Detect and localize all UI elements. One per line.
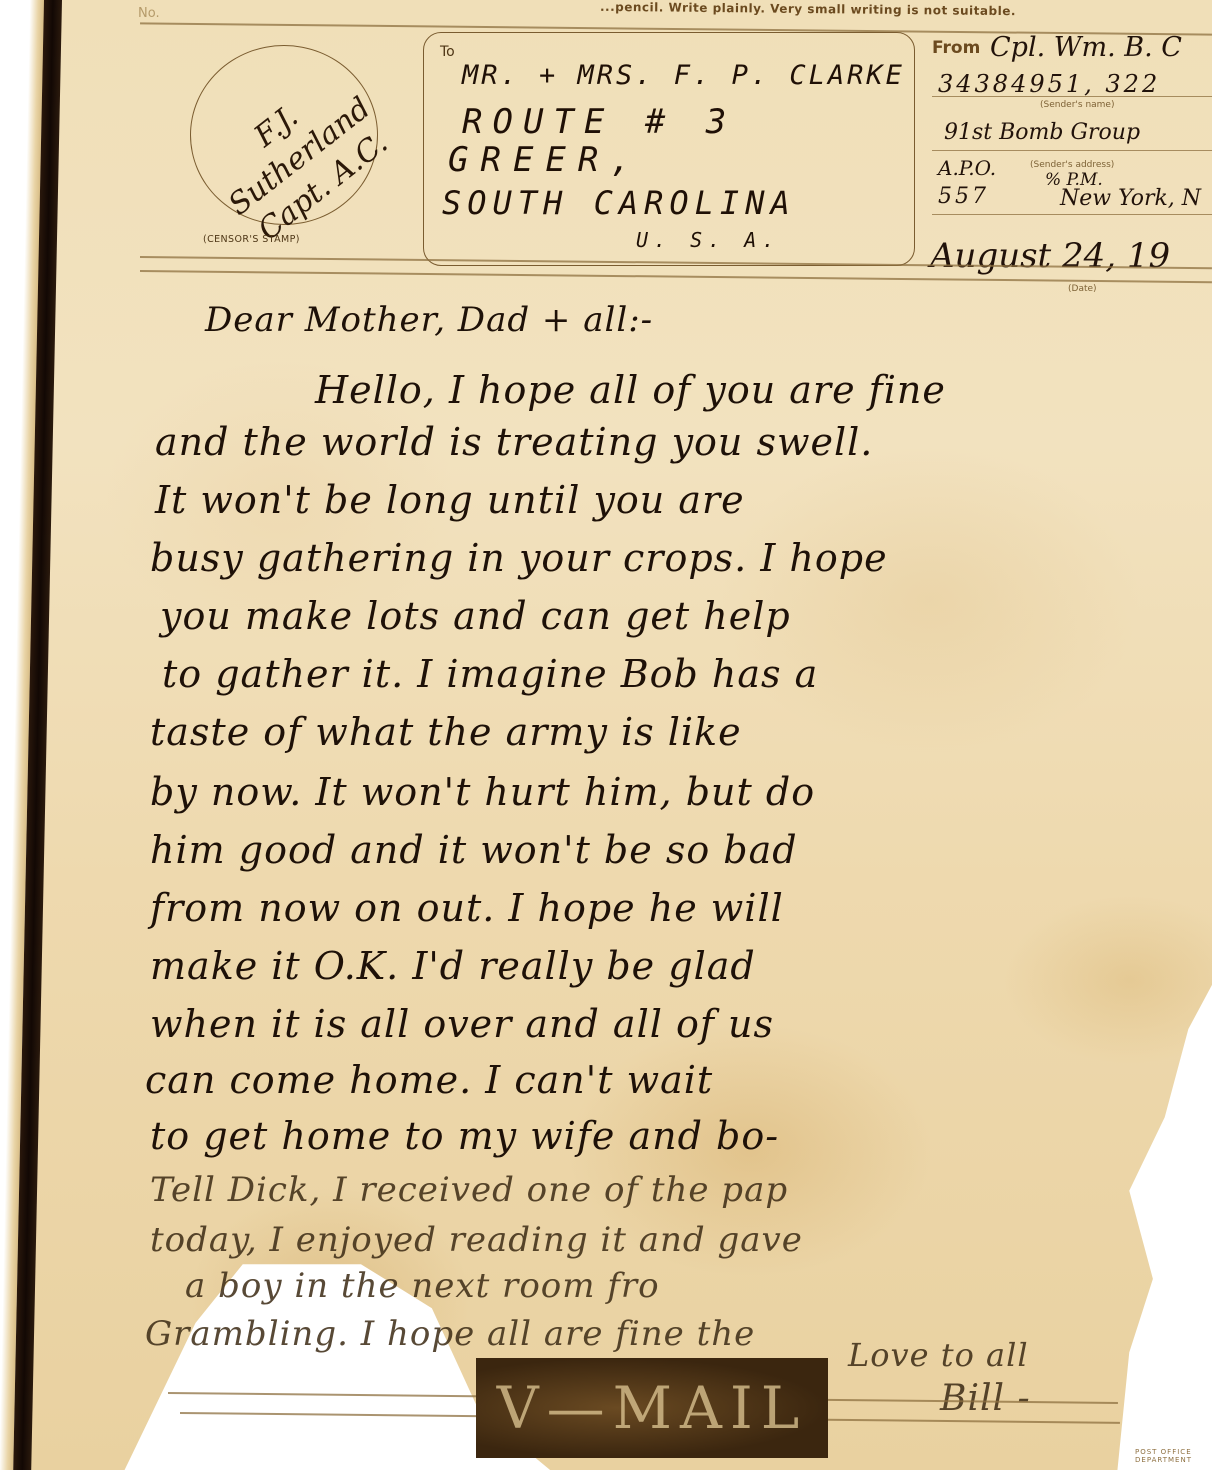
sender-name-rule bbox=[932, 96, 1212, 97]
letter-line: today, I enjoyed reading it and gave bbox=[150, 1220, 803, 1260]
letter-line: him good and it won't be so bad bbox=[150, 828, 798, 872]
recipient-country: U. S. A. bbox=[636, 228, 780, 252]
recipient-state: SOUTH CAROLINA bbox=[442, 184, 796, 222]
recipient-city: GREER, bbox=[448, 140, 643, 180]
letter-line: from now on out. I hope he will bbox=[150, 886, 784, 930]
from-label: From bbox=[932, 38, 980, 58]
sender-unit: 91st Bomb Group bbox=[944, 120, 1140, 145]
date-label: (Date) bbox=[1068, 284, 1097, 294]
recipient-name: MR. + MRS. F. P. CLARKE bbox=[462, 60, 905, 91]
sender-city-rule bbox=[932, 214, 1212, 215]
number-label: No. bbox=[138, 6, 160, 21]
letter-line: taste of what the army is like bbox=[150, 710, 742, 754]
vmail-logo-box: V—MAIL bbox=[476, 1358, 828, 1458]
letter-line: a boy in the next room fro bbox=[185, 1266, 660, 1306]
letter-date: August 24, 19 bbox=[930, 236, 1170, 276]
sender-address-rule bbox=[932, 150, 1212, 151]
letter-line: to get home to my wife and bo- bbox=[150, 1114, 779, 1158]
recipient-route: ROUTE # 3 bbox=[462, 102, 736, 142]
to-label: To bbox=[440, 44, 455, 60]
letter-line: when it is all over and all of us bbox=[150, 1002, 774, 1046]
censor-stamp-label: (CENSOR'S STAMP) bbox=[203, 234, 300, 245]
letter-line: Hello, I hope all of you are fine bbox=[315, 368, 946, 412]
letter-line: It won't be long until you are bbox=[155, 478, 745, 522]
letter-line: can come home. I can't wait bbox=[145, 1058, 713, 1102]
sender-serial: 34384951, 322 bbox=[938, 70, 1160, 98]
letter-line: make it O.K. I'd really be glad bbox=[150, 944, 756, 988]
letter-line: and the world is treating you swell. bbox=[155, 420, 873, 464]
sender-name-label: (Sender's name) bbox=[1040, 100, 1114, 110]
sender-address-label: (Sender's address) bbox=[1030, 160, 1114, 170]
sender-apo: A.P.O. bbox=[938, 156, 996, 180]
letter-line: busy gathering in your crops. I hope bbox=[150, 536, 888, 580]
letter-line: you make lots and can get help bbox=[160, 594, 791, 638]
letter-salutation: Dear Mother, Dad + all:- bbox=[205, 300, 653, 340]
letter-signature: Bill - bbox=[940, 1378, 1031, 1419]
letter-line: by now. It won't hurt him, but do bbox=[150, 770, 815, 814]
post-office-footer: POST OFFICE DEPARTMENT bbox=[1135, 1448, 1212, 1464]
vmail-logo-text: V—MAIL bbox=[476, 1358, 828, 1458]
letter-closing: Love to all bbox=[848, 1336, 1029, 1374]
letter-line: Grambling. I hope all are fine the bbox=[145, 1314, 755, 1354]
sender-city: New York, N bbox=[1060, 186, 1201, 211]
sender-apo-number: 557 bbox=[938, 184, 989, 209]
letter-line: Tell Dick, I received one of the pap bbox=[150, 1170, 788, 1210]
sender-name: Cpl. Wm. B. C bbox=[990, 32, 1182, 63]
letter-line: to gather it. I imagine Bob has a bbox=[162, 652, 818, 696]
